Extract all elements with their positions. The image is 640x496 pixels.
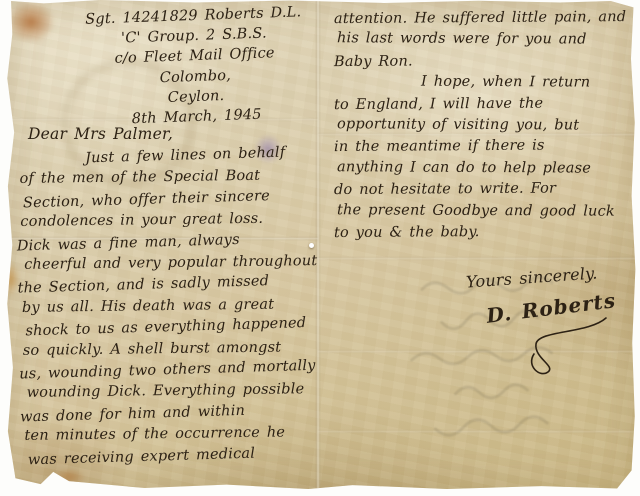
letter-line: Baby Ron.: [334, 50, 640, 74]
sender-address: Sgt. 14241829 Roberts D.L.'C' Group. 2 S…: [82, 2, 307, 111]
letter-line: to England, I will have the: [334, 93, 640, 117]
salutation: Dear Mrs Palmer,: [28, 125, 173, 143]
ink-bleedthrough-ghost: [331, 264, 571, 466]
letter-paper: Sgt. 14241829 Roberts D.L.'C' Group. 2 S…: [6, 0, 636, 490]
letter-line: I hope, when I return: [337, 71, 640, 94]
letter-line: the present Goodbye and good luck: [337, 200, 640, 223]
letter-page-left: Sgt. 14241829 Roberts D.L.'C' Group. 2 S…: [14, 2, 322, 486]
letter-body-right: attention. He suffered little pain, andh…: [334, 8, 640, 243]
letter-body-left: Just a few lines on behalfof the men of …: [15, 143, 327, 470]
letter-line: to you & the baby.: [334, 221, 640, 245]
letter-line: opportunity of visiting you, but: [337, 114, 640, 137]
letter-page-right: attention. He suffered little pain, andh…: [328, 0, 640, 488]
signature: D. Roberts: [485, 288, 617, 328]
letter-line: attention. He suffered little pain, and: [334, 7, 640, 31]
letter-line: do not hesitate to write. For: [334, 178, 640, 202]
scanned-letter: Sgt. 14241829 Roberts D.L.'C' Group. 2 S…: [0, 0, 640, 496]
letter-line: anything I can do to help please: [337, 157, 640, 180]
closing: Yours sincerely.: [465, 263, 598, 291]
letter-line: his last words were for you and: [337, 29, 640, 52]
letter-header: Sgt. 14241829 Roberts D.L.'C' Group. 2 S…: [82, 2, 308, 131]
letter-line: in the meantime if there is: [334, 135, 640, 159]
